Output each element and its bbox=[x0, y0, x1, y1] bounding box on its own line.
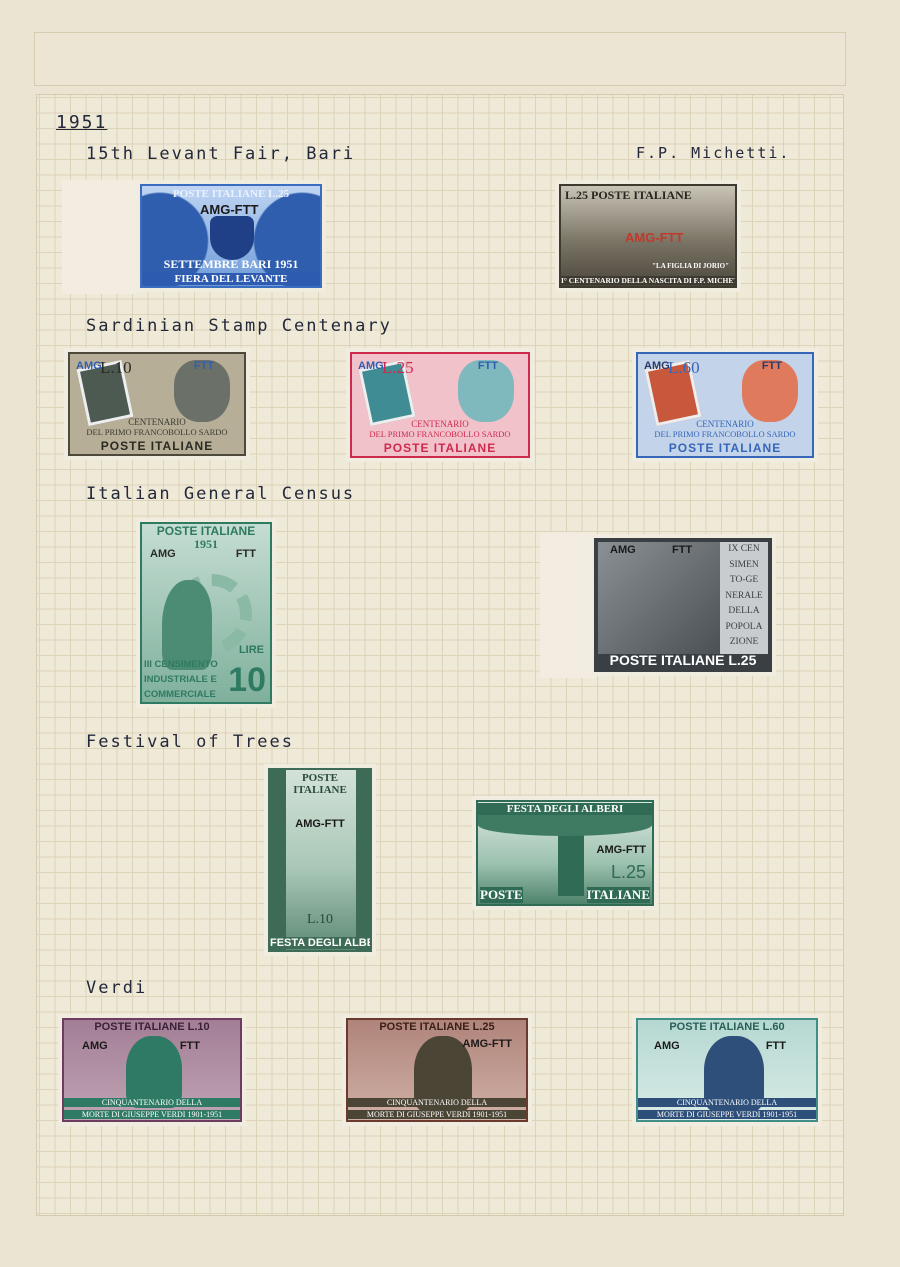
section-title-verdi: Verdi bbox=[86, 978, 147, 998]
stamp-michetti: L.25 POSTE ITALIANE AMG-FTT "LA FIGLIA D… bbox=[555, 180, 741, 292]
census-side-text: IX CENSIMENTO-GENERALEDELLAPOPOLAZIONE bbox=[720, 542, 768, 654]
census-side-line: TO-GE bbox=[720, 573, 768, 589]
year-heading: 1951 bbox=[56, 112, 107, 133]
mercury-head-icon bbox=[162, 580, 212, 670]
album-title-box bbox=[34, 32, 846, 86]
stamp-sardinian-l10: AMG FTT L.10 CENTENARIO DEL PRIMO FRANCO… bbox=[64, 348, 250, 460]
census-side-line: DELLA bbox=[720, 604, 768, 620]
stamp-census-10: POSTE ITALIANE 1951 AMG FTT LIRE 10 III … bbox=[136, 518, 276, 708]
sheet-margin bbox=[62, 180, 136, 294]
sheet-margin bbox=[540, 532, 596, 678]
stamp-verdi-25: POSTE ITALIANE L.25 AMG-FTT CINQUANTENAR… bbox=[342, 1014, 532, 1126]
stamp-census-25: AMG FTT IX CENSIMENTO-GENERALEDELLAPOPOL… bbox=[590, 534, 776, 676]
stamp-bari-fair: POSTE ITALIANE L.25 AMG-FTT SETTEMBRE BA… bbox=[136, 180, 326, 292]
stamp-sardinian-l25: AMG FTT L.25 CENTENARIO DEL PRIMO FRANCO… bbox=[346, 348, 534, 462]
census-side-line: POPOLA bbox=[720, 620, 768, 636]
stamp-trees-25: FESTA DEGLI ALBERI AMG-FTT L.25 POSTE IT… bbox=[472, 796, 658, 910]
section-title-sardinian: Sardinian Stamp Centenary bbox=[86, 316, 392, 336]
stamp-sardinian-l60: AMG FTT L.60 CENTENARIO DEL PRIMO FRANCO… bbox=[632, 348, 818, 462]
census-relief-icon bbox=[598, 542, 722, 654]
section-title-levant-fair: 15th Levant Fair, Bari bbox=[86, 144, 355, 164]
tree-canopy-icon bbox=[478, 814, 652, 836]
section-title-census: Italian General Census bbox=[86, 484, 355, 504]
stamp-trees-10: POSTE ITALIANE AMG-FTT L.10 FESTA DEGLI … bbox=[264, 764, 376, 956]
stamp-verdi-10: POSTE ITALIANE L.10 AMG FTT CINQUANTENAR… bbox=[58, 1014, 246, 1126]
census-side-line: NERALE bbox=[720, 589, 768, 605]
census-side-line: SIMEN bbox=[720, 558, 768, 574]
census-side-line: IX CEN bbox=[720, 542, 768, 558]
stamp-verdi-60: POSTE ITALIANE L.60 AMG FTT CINQUANTENAR… bbox=[632, 1014, 822, 1126]
section-title-trees: Festival of Trees bbox=[86, 732, 294, 752]
section-title-michetti: F.P. Michetti. bbox=[636, 144, 790, 162]
census-side-line: ZIONE bbox=[720, 635, 768, 651]
ship-icon bbox=[210, 216, 254, 260]
